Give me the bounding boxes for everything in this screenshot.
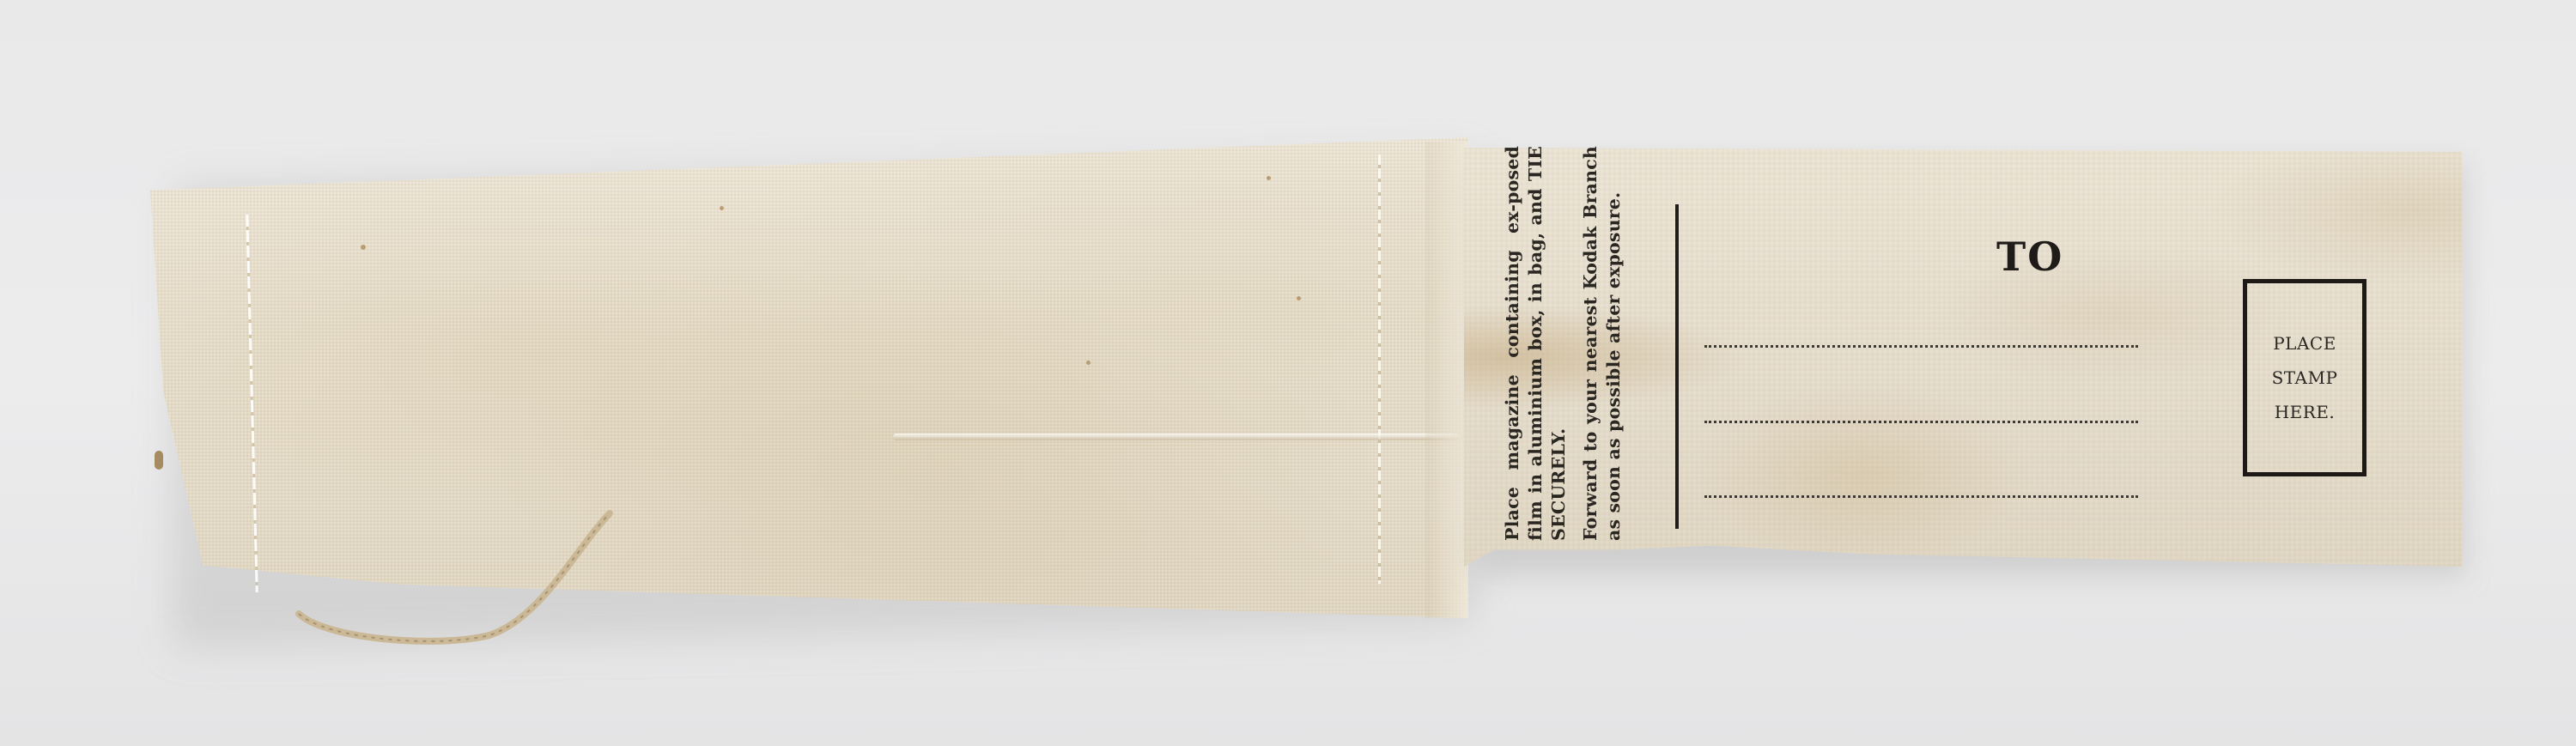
bag-seam-right [1378, 155, 1381, 584]
vertical-divider [1675, 204, 1679, 529]
bag-stain [1297, 296, 1301, 300]
to-heading: TO [1996, 234, 2063, 280]
drawstring [292, 498, 653, 652]
drawstring-end [155, 451, 163, 470]
stamp-text-line-1: PLACE [2273, 326, 2336, 361]
photo-scene: Place magazine containing ex-posed film … [0, 0, 2576, 746]
stamp-text-line-2: STAMP [2272, 361, 2338, 395]
bag-fold-crease [893, 434, 1460, 440]
instructions-paragraph-2: Forward to your nearest Kodak Branch as … [1579, 146, 1625, 541]
bag-opening-edge [1425, 142, 1468, 618]
stamp-text-line-3: HERE. [2275, 395, 2336, 429]
instructions-paragraph-1: Place magazine containing ex-posed film … [1501, 146, 1571, 541]
bag-stain [1267, 176, 1271, 180]
mailing-instructions: Place magazine containing ex-posed film … [1501, 146, 1634, 541]
stamp-box: PLACE STAMP HERE. [2243, 279, 2366, 476]
bag-stain [361, 245, 366, 250]
bag-stain [1086, 361, 1091, 365]
address-line-3 [1704, 495, 2138, 498]
address-line-2 [1704, 421, 2138, 423]
bag-stain [720, 206, 724, 210]
address-line-1 [1704, 345, 2138, 348]
